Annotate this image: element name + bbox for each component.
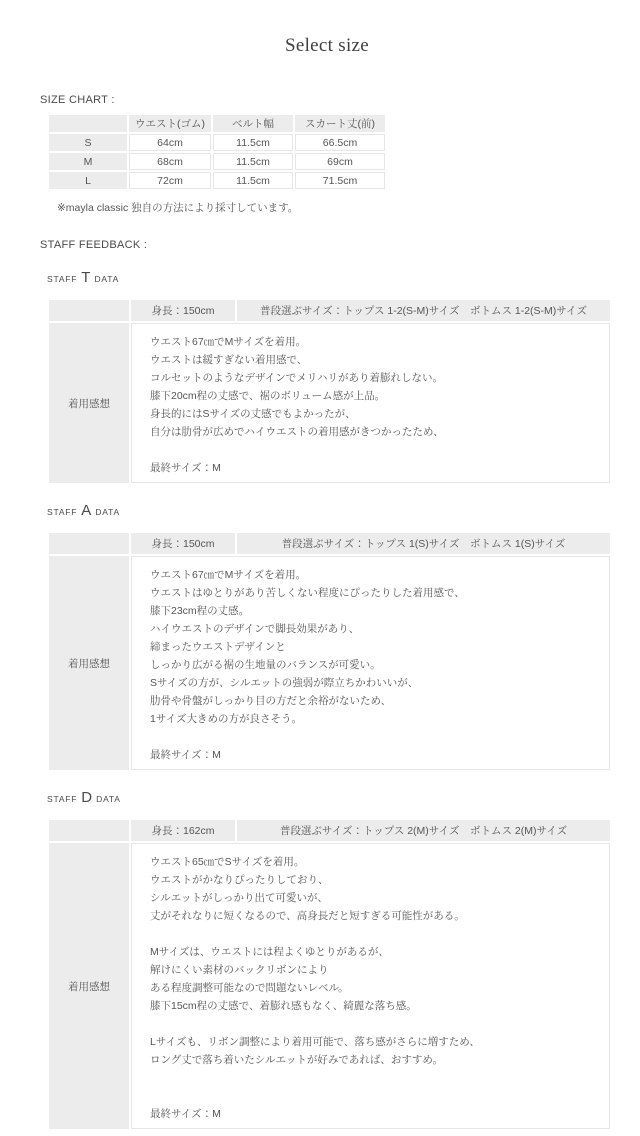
staff-a-height: 身長：150cm [131,533,235,554]
staff-t-heading: STAFFTDATA [47,268,614,289]
page-title: Select size [40,0,614,57]
data-word: DATA [96,794,121,804]
staff-a-feedback-row: 着用感想 ウエスト67㎝でMサイズを着用。 ウエストはゆとりがあり苦しくない程度… [49,556,610,770]
waist-value-s: 64cm [129,134,211,151]
size-chart-row-m: M 68cm 11.5cm 69cm [49,153,385,170]
size-chart-col-skirt-length: スカート丈(前) [295,115,385,132]
staff-t-usual-size: 普段選ぶサイズ：トップス 1-2(S-M)サイズ ボトムス 1-2(S-M)サイ… [237,300,610,321]
staff-letter: T [81,269,90,286]
size-chart-row-s: S 64cm 11.5cm 66.5cm [49,134,385,151]
staff-word: STAFF [47,274,77,284]
staff-d-usual-size: 普段選ぶサイズ：トップス 2(M)サイズ ボトムス 2(M)サイズ [237,820,610,841]
feedback-row-label: 着用感想 [49,843,129,1129]
staff-a-feedback-text: ウエスト67㎝でMサイズを着用。 ウエストはゆとりがあり苦しくない程度にぴったり… [150,566,595,764]
staff-a-table: 身長：150cm 普段選ぶサイズ：トップス 1(S)サイズ ボトムス 1(S)サ… [47,531,612,772]
staff-a-header-row: 身長：150cm 普段選ぶサイズ：トップス 1(S)サイズ ボトムス 1(S)サ… [49,533,610,554]
staff-d-heading: STAFFDDATA [47,788,614,809]
length-value-s: 66.5cm [295,134,385,151]
size-chart-col-belt: ベルト幅 [213,115,293,132]
staff-block-t: STAFFTDATA 身長：150cm 普段選ぶサイズ：トップス 1-2(S-M… [40,268,614,485]
staff-word: STAFF [47,507,77,517]
measurement-note: ※mayla classic 独自の方法により採寸しています。 [57,202,614,215]
staff-feedback-label: STAFF FEEDBACK : [40,239,614,252]
staff-d-header-row: 身長：162cm 普段選ぶサイズ：トップス 2(M)サイズ ボトムス 2(M)サ… [49,820,610,841]
staff-t-height: 身長：150cm [131,300,235,321]
staff-d-table: 身長：162cm 普段選ぶサイズ：トップス 2(M)サイズ ボトムス 2(M)サ… [47,818,612,1131]
staff-letter: D [81,789,92,806]
staff-a-heading: STAFFADATA [47,501,614,522]
size-guide-page: Select size SIZE CHART : ウエスト(ゴム) ベルト幅 ス… [0,0,640,1131]
size-label-s: S [49,134,127,151]
belt-value-m: 11.5cm [213,153,293,170]
size-chart-label: SIZE CHART : [40,94,614,107]
staff-a-feedback-cell: ウエスト67㎝でMサイズを着用。 ウエストはゆとりがあり苦しくない程度にぴったり… [131,556,610,770]
data-word: DATA [95,507,120,517]
waist-value-m: 68cm [129,153,211,170]
staff-t-feedback-cell: ウエスト67㎝でMサイズを着用。 ウエストは緩すぎない着用感で、 コルセットのよ… [131,323,610,483]
belt-value-l: 11.5cm [213,172,293,189]
staff-t-feedback-row: 着用感想 ウエスト67㎝でMサイズを着用。 ウエストは緩すぎない着用感で、 コル… [49,323,610,483]
staff-word: STAFF [47,794,77,804]
size-chart-corner-cell [49,115,127,132]
size-chart-row-l: L 72cm 11.5cm 71.5cm [49,172,385,189]
staff-t-header-row: 身長：150cm 普段選ぶサイズ：トップス 1-2(S-M)サイズ ボトムス 1… [49,300,610,321]
staff-d-feedback-row: 着用感想 ウエスト65㎝でSサイズを着用。 ウエストがかなりぴったりしており、 … [49,843,610,1129]
staff-d-corner-cell [49,820,129,841]
staff-d-feedback-cell: ウエスト65㎝でSサイズを着用。 ウエストがかなりぴったりしており、 シルエット… [131,843,610,1129]
staff-d-height: 身長：162cm [131,820,235,841]
feedback-row-label: 着用感想 [49,556,129,770]
size-chart-table: ウエスト(ゴム) ベルト幅 スカート丈(前) S 64cm 11.5cm 66.… [47,113,387,191]
staff-d-feedback-text: ウエスト65㎝でSサイズを着用。 ウエストがかなりぴったりしており、 シルエット… [150,853,595,1123]
staff-letter: A [81,502,91,519]
feedback-row-label: 着用感想 [49,323,129,483]
staff-block-d: STAFFDDATA 身長：162cm 普段選ぶサイズ：トップス 2(M)サイズ… [40,788,614,1131]
size-chart-col-waist: ウエスト(ゴム) [129,115,211,132]
length-value-l: 71.5cm [295,172,385,189]
size-label-m: M [49,153,127,170]
data-word: DATA [94,274,119,284]
size-label-l: L [49,172,127,189]
staff-a-corner-cell [49,533,129,554]
waist-value-l: 72cm [129,172,211,189]
staff-t-feedback-text: ウエスト67㎝でMサイズを着用。 ウエストは緩すぎない着用感で、 コルセットのよ… [150,333,595,477]
belt-value-s: 11.5cm [213,134,293,151]
staff-a-usual-size: 普段選ぶサイズ：トップス 1(S)サイズ ボトムス 1(S)サイズ [237,533,610,554]
staff-block-a: STAFFADATA 身長：150cm 普段選ぶサイズ：トップス 1(S)サイズ… [40,501,614,772]
staff-t-table: 身長：150cm 普段選ぶサイズ：トップス 1-2(S-M)サイズ ボトムス 1… [47,298,612,485]
staff-t-corner-cell [49,300,129,321]
length-value-m: 69cm [295,153,385,170]
size-chart-header-row: ウエスト(ゴム) ベルト幅 スカート丈(前) [49,115,385,132]
